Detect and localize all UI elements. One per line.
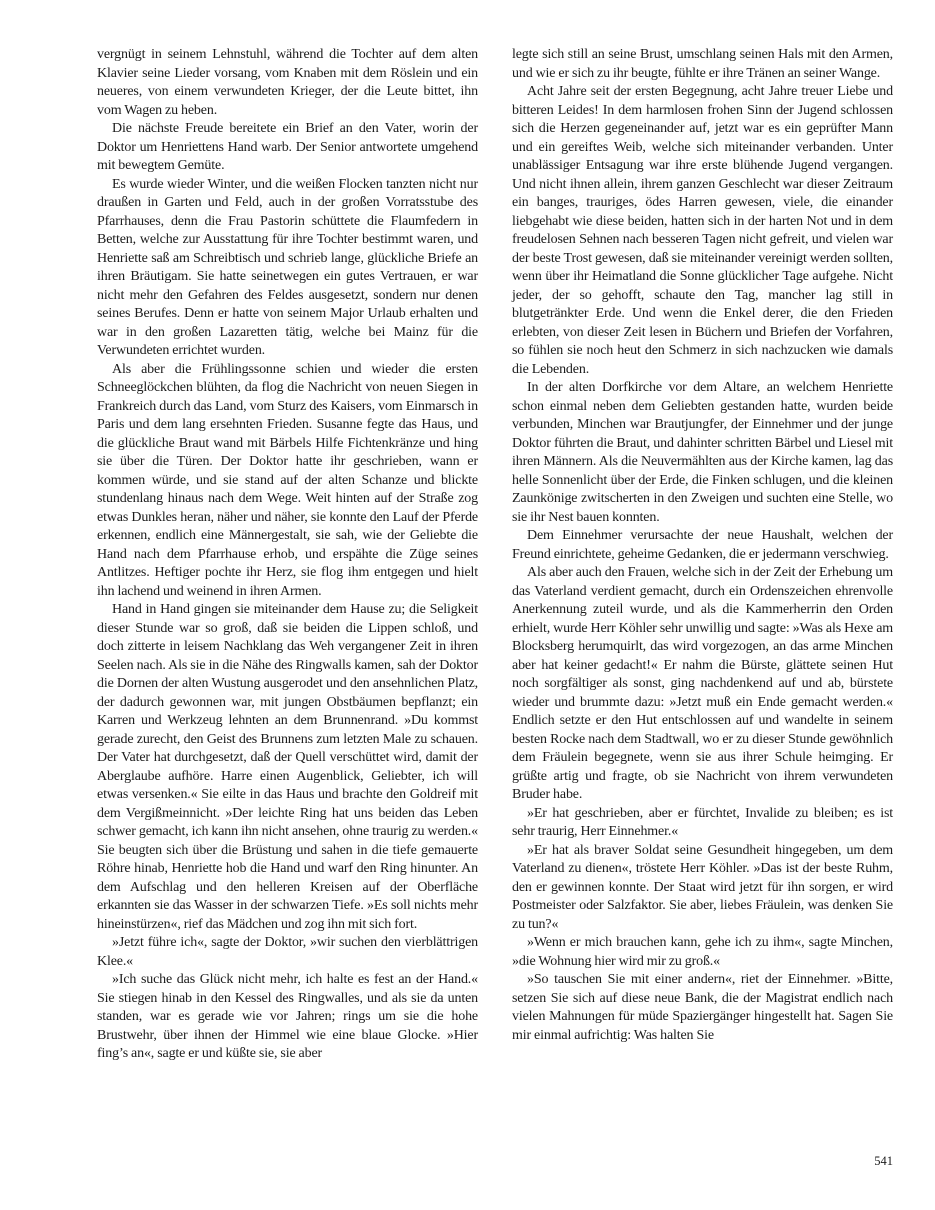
paragraph: Acht Jahre seit der ersten Begegnung, ac…	[512, 83, 893, 379]
paragraph: »So tauschen Sie mit einer andern«, riet…	[512, 971, 893, 1045]
paragraph: »Ich suche das Glück nicht mehr, ich hal…	[97, 971, 478, 1064]
paragraph: Dem Einnehmer verursachte der neue Haush…	[512, 527, 893, 564]
paragraph: legte sich still an seine Brust, umschla…	[512, 46, 893, 83]
paragraph: vergnügt in seinem Lehnstuhl, während di…	[97, 46, 478, 120]
text-column-left: vergnügt in seinem Lehnstuhl, während di…	[97, 46, 478, 1064]
text-columns: vergnügt in seinem Lehnstuhl, während di…	[97, 46, 893, 1064]
page-number: 541	[512, 1152, 893, 1170]
paragraph: Als aber die Frühlingssonne schien und w…	[97, 361, 478, 602]
paragraph: »Jetzt führe ich«, sagte der Doktor, »wi…	[97, 934, 478, 971]
paragraph: »Er hat als braver Soldat seine Gesundhe…	[512, 842, 893, 935]
text-column-right: legte sich still an seine Brust, umschla…	[512, 46, 893, 1064]
paragraph: Es wurde wieder Winter, und die weißen F…	[97, 176, 478, 361]
paragraph: Hand in Hand gingen sie miteinander dem …	[97, 601, 478, 934]
paragraph: Als aber auch den Frauen, welche sich in…	[512, 564, 893, 805]
paragraph: Die nächste Freude bereitete ein Brief a…	[97, 120, 478, 176]
paragraph: »Wenn er mich brauchen kann, gehe ich zu…	[512, 934, 893, 971]
book-page: vergnügt in seinem Lehnstuhl, während di…	[0, 0, 935, 1210]
paragraph: »Er hat geschrieben, aber er fürchtet, I…	[512, 805, 893, 842]
paragraph: In der alten Dorfkirche vor dem Altare, …	[512, 379, 893, 527]
